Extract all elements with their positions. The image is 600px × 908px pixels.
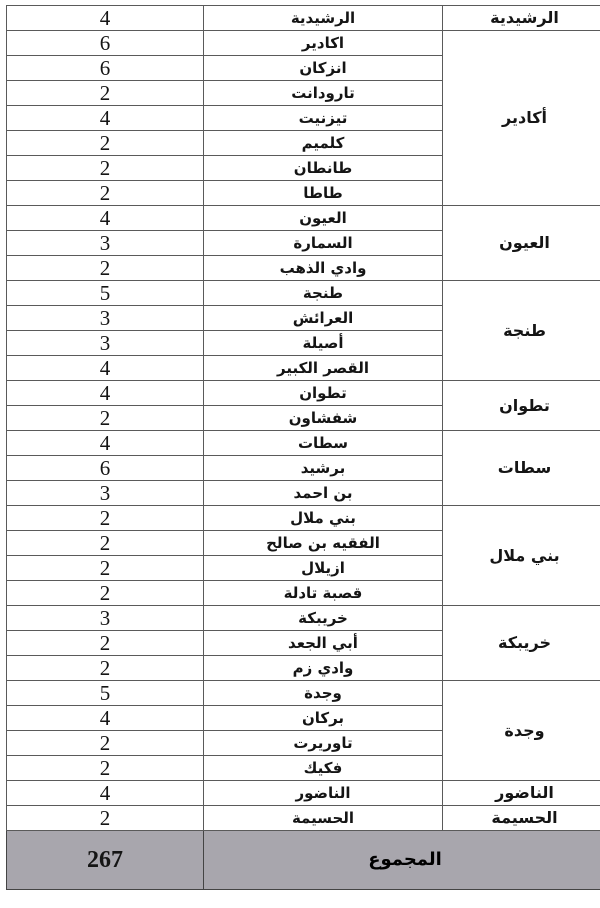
count-cell: 4: [7, 106, 204, 131]
count-cell: 3: [7, 231, 204, 256]
city-cell: بني ملال: [204, 506, 443, 531]
table-row: 2 الحسيمة الحسيمة: [7, 806, 600, 831]
city-cell: ازيلال: [204, 556, 443, 581]
region-cell: سطات: [443, 431, 600, 506]
count-cell: 2: [7, 131, 204, 156]
city-cell: سطات: [204, 431, 443, 456]
count-cell: 6: [7, 31, 204, 56]
city-cell: بن احمد: [204, 481, 443, 506]
city-cell: تطوان: [204, 381, 443, 406]
table-row: 6 اكادير أكادير: [7, 31, 600, 56]
count-cell: 4: [7, 206, 204, 231]
count-cell: 2: [7, 406, 204, 431]
region-cell: طنجة: [443, 281, 600, 381]
region-cell: الحسيمة: [443, 806, 600, 831]
count-cell: 3: [7, 606, 204, 631]
total-row: 267 المجموع: [7, 831, 600, 890]
city-cell: قصبة تادلة: [204, 581, 443, 606]
count-cell: 2: [7, 756, 204, 781]
count-cell: 2: [7, 581, 204, 606]
table-row: 5 طنجة طنجة: [7, 281, 600, 306]
regional-distribution-table: 4 الرشيدية الرشيدية 6 اكادير أكادير 6 ان…: [6, 5, 600, 890]
city-cell: تارودانت: [204, 81, 443, 106]
city-cell: وادي الذهب: [204, 256, 443, 281]
city-cell: برشيد: [204, 456, 443, 481]
city-cell: الحسيمة: [204, 806, 443, 831]
city-cell: طنجة: [204, 281, 443, 306]
count-cell: 4: [7, 706, 204, 731]
count-cell: 4: [7, 381, 204, 406]
city-cell: العرائش: [204, 306, 443, 331]
city-cell: وجدة: [204, 681, 443, 706]
total-value: 267: [7, 831, 204, 890]
count-cell: 2: [7, 806, 204, 831]
table-row: 4 الرشيدية الرشيدية: [7, 6, 600, 31]
count-cell: 4: [7, 781, 204, 806]
count-cell: 3: [7, 481, 204, 506]
city-cell: فكيك: [204, 756, 443, 781]
count-cell: 2: [7, 656, 204, 681]
region-cell: العيون: [443, 206, 600, 281]
count-cell: 2: [7, 556, 204, 581]
city-cell: العيون: [204, 206, 443, 231]
city-cell: الناضور: [204, 781, 443, 806]
region-cell: بني ملال: [443, 506, 600, 606]
count-cell: 2: [7, 81, 204, 106]
count-cell: 3: [7, 331, 204, 356]
city-cell: الفقيه بن صالح: [204, 531, 443, 556]
count-cell: 2: [7, 731, 204, 756]
region-cell: وجدة: [443, 681, 600, 781]
city-cell: انزكان: [204, 56, 443, 81]
table-row: 2 بني ملال بني ملال: [7, 506, 600, 531]
city-cell: أبي الجعد: [204, 631, 443, 656]
count-cell: 3: [7, 306, 204, 331]
city-cell: طانطان: [204, 156, 443, 181]
count-cell: 5: [7, 281, 204, 306]
count-cell: 2: [7, 631, 204, 656]
count-cell: 6: [7, 456, 204, 481]
city-cell: كلميم: [204, 131, 443, 156]
city-cell: الرشيدية: [204, 6, 443, 31]
city-cell: تاوريرت: [204, 731, 443, 756]
city-cell: خريبكة: [204, 606, 443, 631]
count-cell: 4: [7, 356, 204, 381]
table-row: 4 تطوان تطوان: [7, 381, 600, 406]
city-cell: تيزنيت: [204, 106, 443, 131]
city-cell: اكادير: [204, 31, 443, 56]
city-cell: طاطا: [204, 181, 443, 206]
table-row: 4 الناضور الناضور: [7, 781, 600, 806]
table-row: 4 العيون العيون: [7, 206, 600, 231]
count-cell: 4: [7, 6, 204, 31]
city-cell: بركان: [204, 706, 443, 731]
total-label: المجموع: [204, 831, 600, 890]
city-cell: القصر الكبير: [204, 356, 443, 381]
region-cell: الرشيدية: [443, 6, 600, 31]
region-cell: أكادير: [443, 31, 600, 206]
count-cell: 2: [7, 506, 204, 531]
region-cell: خريبكة: [443, 606, 600, 681]
city-cell: السمارة: [204, 231, 443, 256]
region-cell: تطوان: [443, 381, 600, 431]
count-cell: 2: [7, 531, 204, 556]
table-row: 3 خريبكة خريبكة: [7, 606, 600, 631]
count-cell: 2: [7, 181, 204, 206]
city-cell: شفشاون: [204, 406, 443, 431]
region-cell: الناضور: [443, 781, 600, 806]
count-cell: 2: [7, 256, 204, 281]
city-cell: أصيلة: [204, 331, 443, 356]
count-cell: 2: [7, 156, 204, 181]
city-cell: وادي زم: [204, 656, 443, 681]
count-cell: 4: [7, 431, 204, 456]
table-row: 4 سطات سطات: [7, 431, 600, 456]
count-cell: 6: [7, 56, 204, 81]
count-cell: 5: [7, 681, 204, 706]
table-row: 5 وجدة وجدة: [7, 681, 600, 706]
